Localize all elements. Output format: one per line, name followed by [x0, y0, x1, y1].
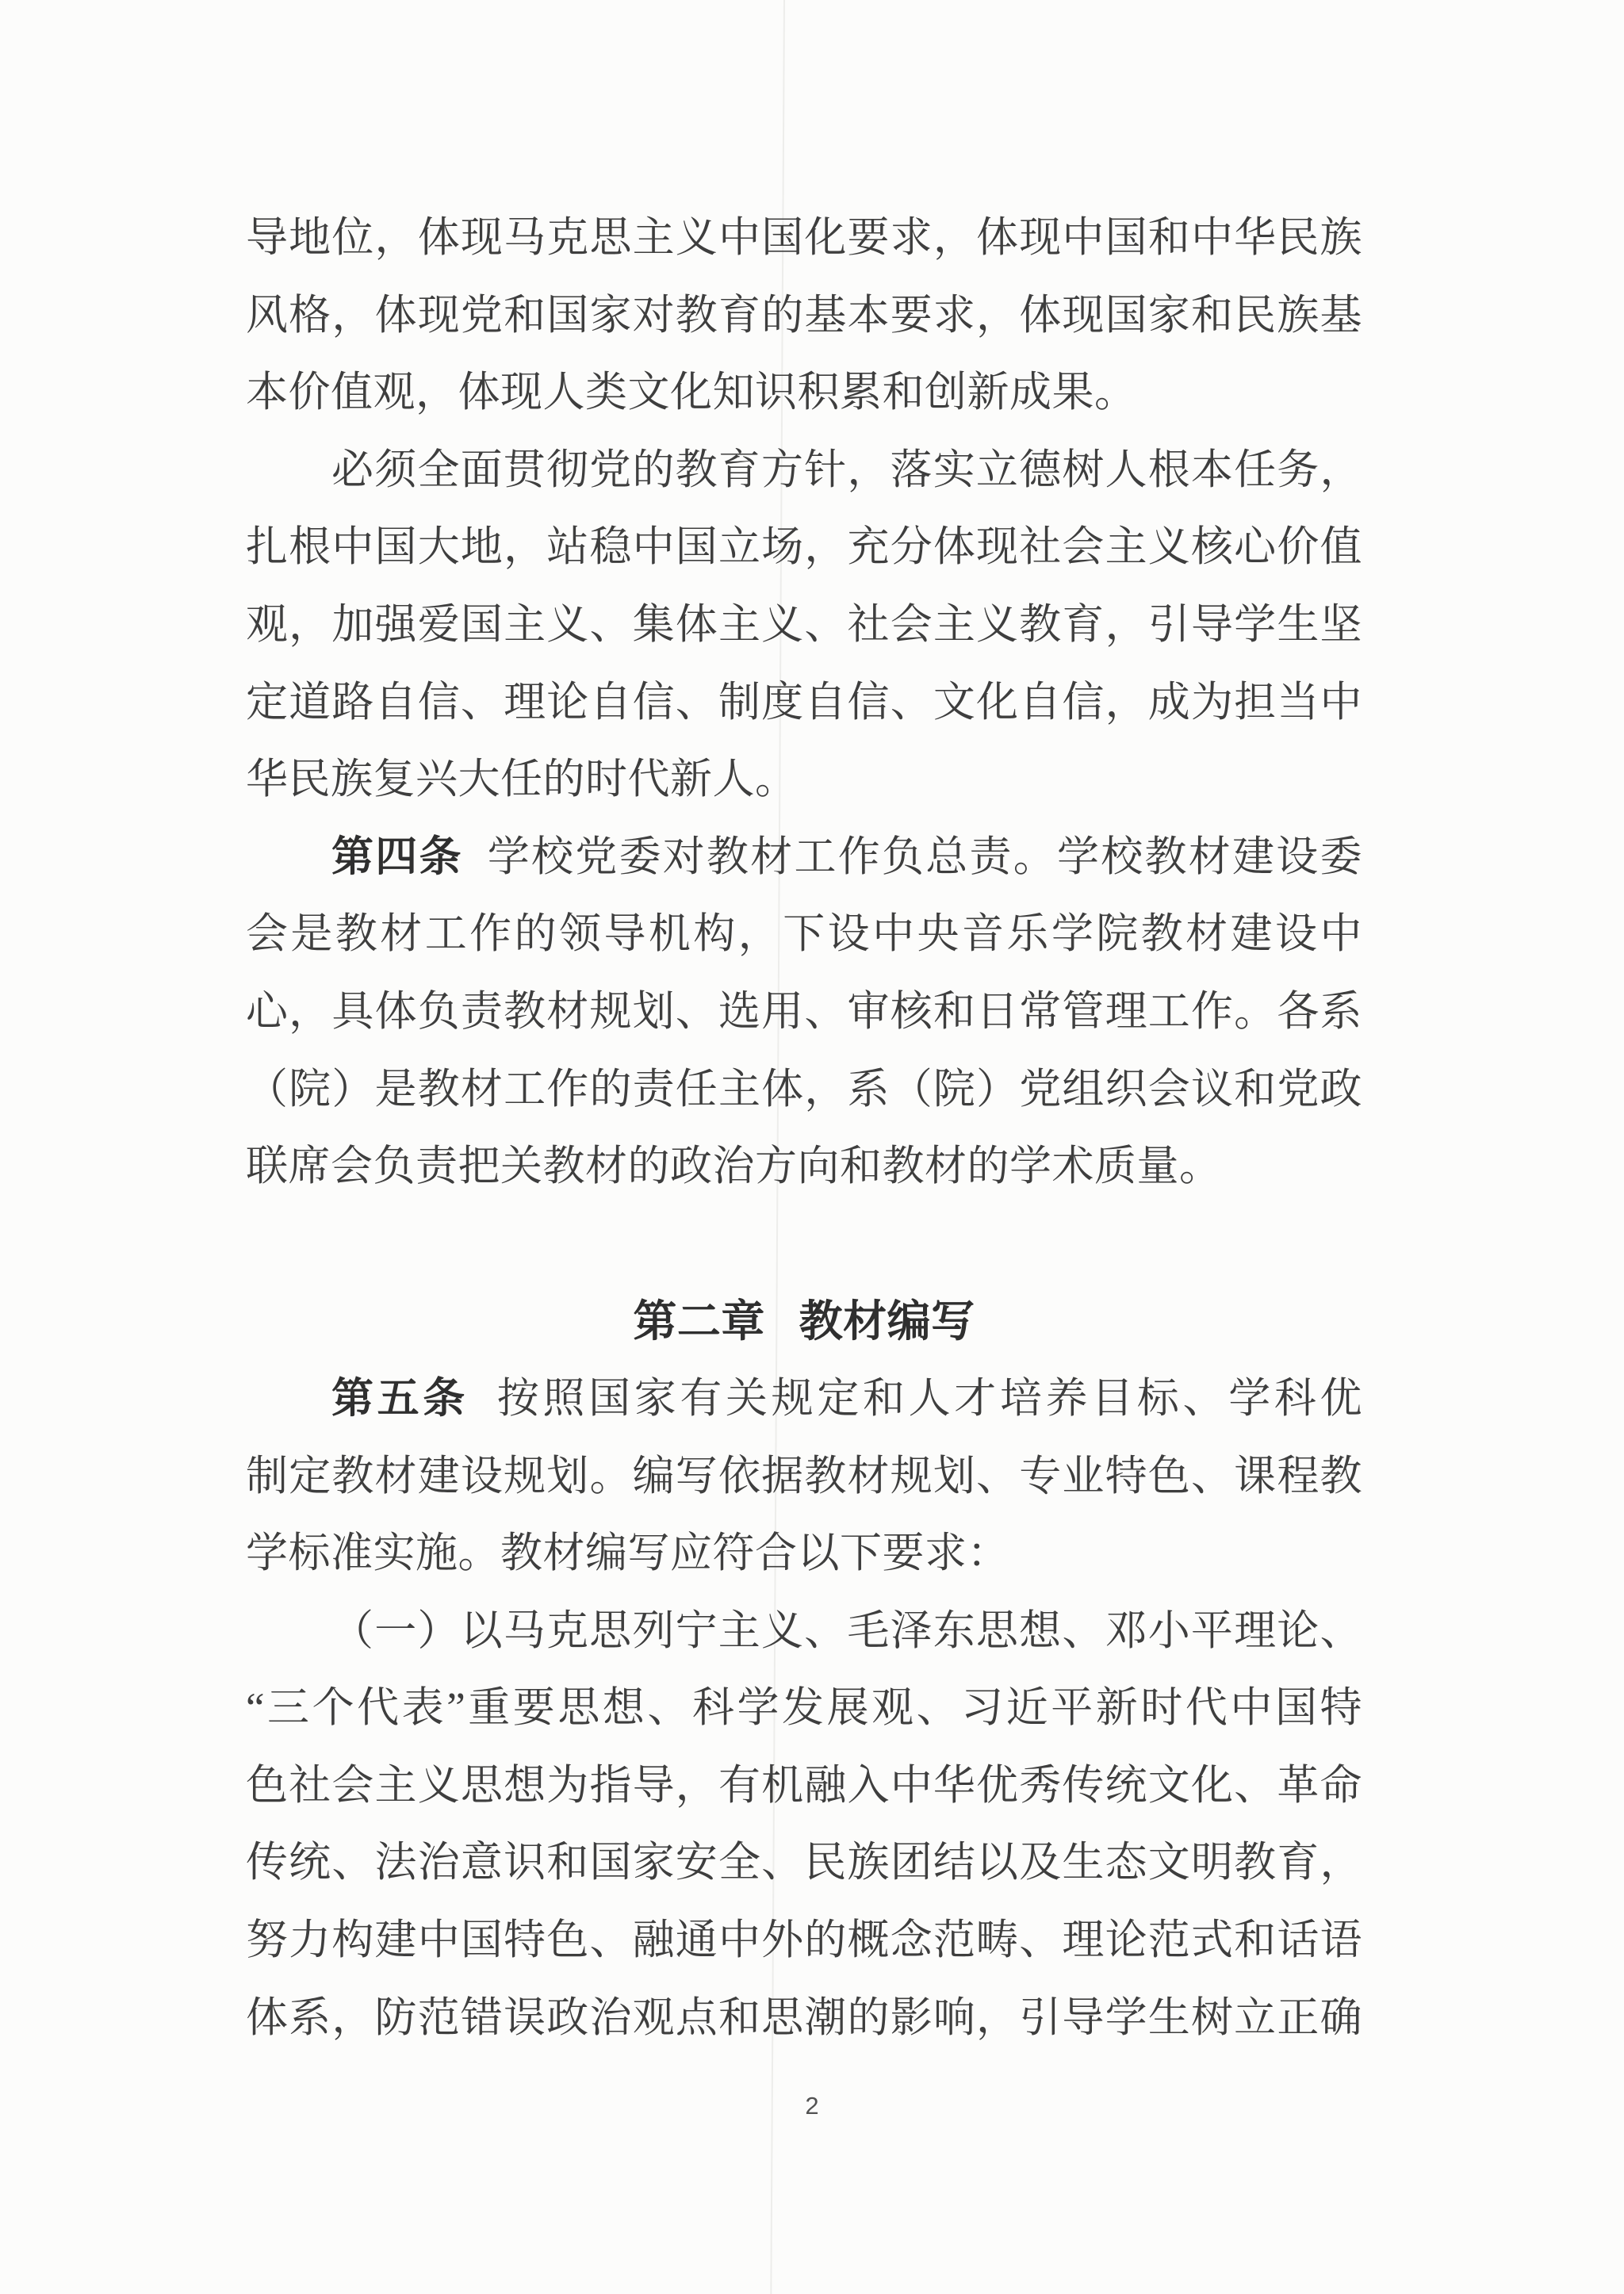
text-line: 传统、法治意识和国家安全、民族团结以及生态文明教育， [246, 1825, 1362, 1902]
text-run: 学校党委对教材工作负总责。学校教材建设委员 [331, 834, 1362, 897]
text-line: 色社会主义思想为指导，有机融入中华优秀传统文化、革命 [246, 1748, 1362, 1825]
text-run: 传统、法治意识和国家安全、民族团结以及生态文明教育， [246, 1840, 1362, 1886]
text-run: 学标准实施。教材编写应符合以下要求： [246, 1530, 1009, 1576]
text-run: 第二章 教材编写 [633, 1297, 975, 1346]
text-run: 第四条 [331, 834, 463, 880]
text-run: （一）以马克思列宁主义、毛泽东思想、邓小平理论、 [331, 1608, 1362, 1654]
text-run: 色社会主义思想为指导，有机融入中华优秀传统文化、革命 [246, 1763, 1362, 1809]
text-line: 学标准实施。教材编写应符合以下要求： [246, 1515, 1362, 1593]
text-line: 必须全面贯彻党的教育方针，落实立德树人根本任务， [246, 432, 1362, 510]
text-line: 定道路自信、理论自信、制度自信、文化自信，成为担当中 [246, 664, 1362, 742]
text-run: 第五条 [331, 1376, 469, 1422]
text-line: （院）是教材工作的责任主体，系（院）党组织会议和党政 [246, 1051, 1362, 1129]
text-line: 第五条 按照国家有关规定和人才培养目标、学科优势， [246, 1361, 1362, 1438]
text-line: “三个代表”重要思想、科学发展观、习近平新时代中国特 [246, 1670, 1362, 1748]
text-run: （院）是教材工作的责任主体，系（院）党组织会议和党政 [246, 1067, 1362, 1113]
text-run: 心，具体负责教材规划、选用、审核和日常管理工作。各系 [246, 989, 1362, 1035]
text-line: 制定教材建设规划。编写依据教材规划、专业特色、课程教 [246, 1438, 1362, 1516]
text-line: 努力构建中国特色、融通中外的概念范畴、理论范式和话语 [246, 1902, 1362, 1980]
chapter-heading: 第二章 教材编写 [246, 1283, 1362, 1361]
text-run: 本价值观，体现人类文化知识积累和创新成果。 [246, 370, 1137, 416]
text-run: 体系，防范错误政治观点和思潮的影响，引导学生树立正确 [246, 1995, 1362, 2041]
text-line: 会是教材工作的领导机构，下设中央音乐学院教材建设中 [246, 896, 1362, 974]
text-line: 扎根中国大地，站稳中国立场，充分体现社会主义核心价值 [246, 509, 1362, 587]
text-run: 扎根中国大地，站稳中国立场，充分体现社会主义核心价值 [246, 524, 1362, 570]
text-run: 风格，体现党和国家对教育的基本要求，体现国家和民族基 [246, 293, 1362, 339]
text-line: 联席会负责把关教材的政治方向和教材的学术质量。 [246, 1128, 1362, 1206]
text-run: 按照国家有关规定和人才培养目标、学科优势， [331, 1376, 1362, 1438]
text-line: 第四条 学校党委对教材工作负总责。学校教材建设委员 [246, 819, 1362, 897]
text-line: 心，具体负责教材规划、选用、审核和日常管理工作。各系 [246, 974, 1362, 1051]
document-page: 导地位，体现马克思主义中国化要求，体现中国和中华民族风格，体现党和国家对教育的基… [0, 0, 1624, 2294]
text-run: 观，加强爱国主义、集体主义、社会主义教育，引导学生坚 [246, 602, 1362, 648]
text-run: 联席会负责把关教材的政治方向和教材的学术质量。 [246, 1143, 1222, 1189]
text-line: 体系，防范错误政治观点和思潮的影响，引导学生树立正确 [246, 1980, 1362, 2058]
page-number: 2 [0, 2092, 1624, 2120]
text-line: 本价值观，体现人类文化知识积累和创新成果。 [246, 354, 1362, 432]
text-line: 观，加强爱国主义、集体主义、社会主义教育，引导学生坚 [246, 587, 1362, 664]
text-run: 定道路自信、理论自信、制度自信、文化自信，成为担当中 [246, 680, 1362, 726]
text-line: 风格，体现党和国家对教育的基本要求，体现国家和民族基 [246, 278, 1362, 355]
text-run: 必须全面贯彻党的教育方针，落实立德树人根本任务， [331, 447, 1362, 493]
text-run: 会是教材工作的领导机构，下设中央音乐学院教材建设中 [246, 911, 1362, 957]
text-line: （一）以马克思列宁主义、毛泽东思想、邓小平理论、 [246, 1593, 1362, 1671]
text-run: “三个代表”重要思想、科学发展观、习近平新时代中国特 [246, 1685, 1362, 1731]
text-line: 导地位，体现马克思主义中国化要求，体现中国和中华民族 [246, 200, 1362, 278]
text-run: 制定教材建设规划。编写依据教材规划、专业特色、课程教 [246, 1453, 1362, 1499]
text-line: 华民族复兴大任的时代新人。 [246, 741, 1362, 819]
text-run: 华民族复兴大任的时代新人。 [246, 756, 798, 802]
text-run: 导地位，体现马克思主义中国化要求，体现中国和中华民族 [246, 215, 1362, 261]
text-run: 努力构建中国特色、融通中外的概念范畴、理论范式和话语 [246, 1917, 1362, 1963]
document-text: 导地位，体现马克思主义中国化要求，体现中国和中华民族风格，体现党和国家对教育的基… [246, 200, 1362, 2057]
